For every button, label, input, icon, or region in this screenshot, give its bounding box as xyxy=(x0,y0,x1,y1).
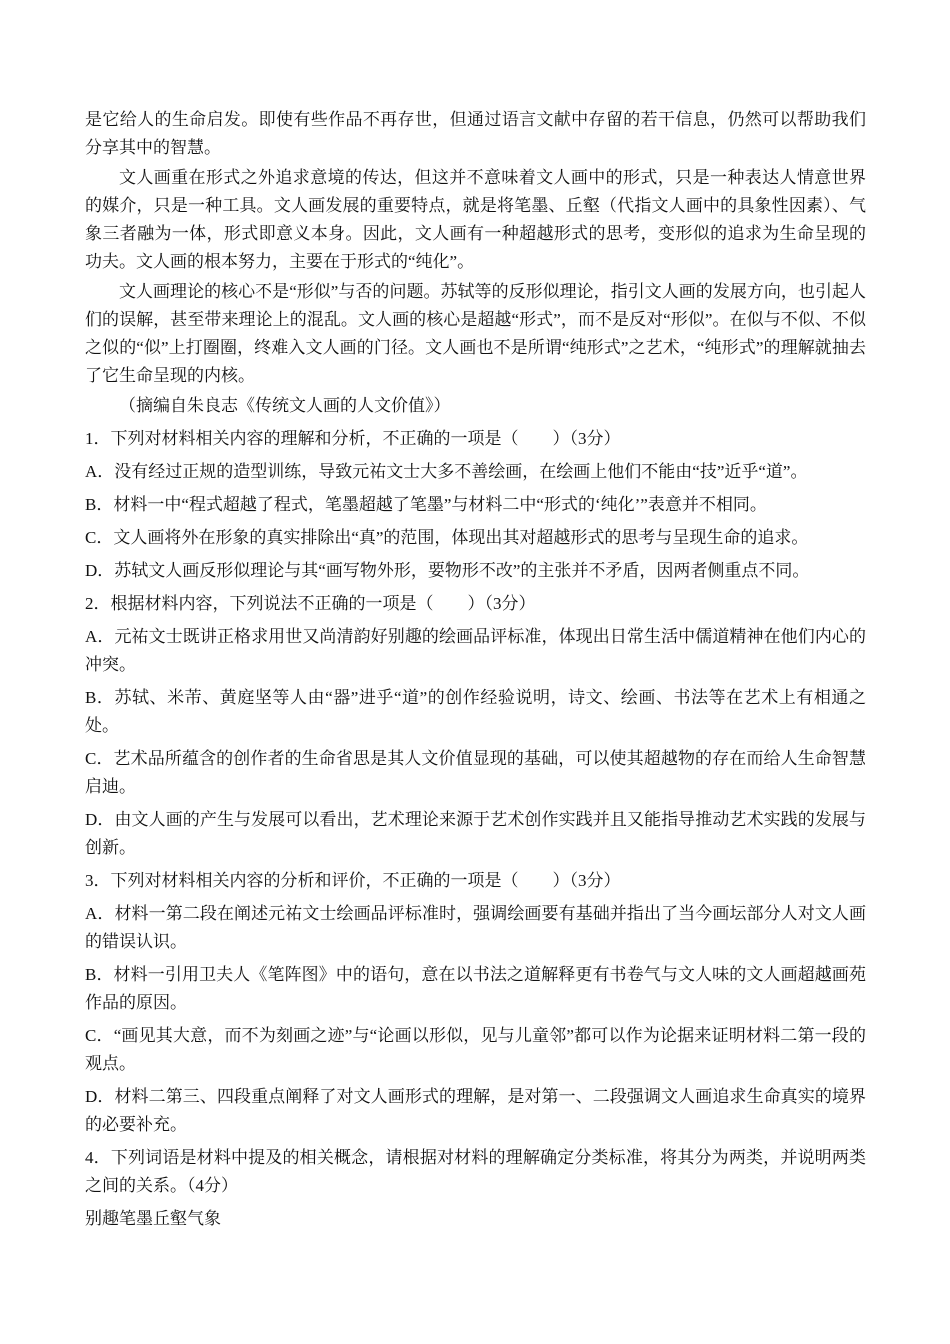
question-1: 1．下列对材料相关内容的理解和分析，不正确的一项是（ ）（3分） A．没有经过正… xyxy=(85,425,866,585)
question-2: 2．根据材料内容，下列说法不正确的一项是（ ）（3分） A．元祐文士既讲正格求用… xyxy=(85,590,866,862)
question-3: 3．下列对材料相关内容的分析和评价，不正确的一项是（ ）（3分） A．材料一第二… xyxy=(85,867,866,1139)
material-paragraph: 文人画重在形式之外追求意境的传达，但这并不意味着文人画中的形式，只是一种表达人情… xyxy=(85,164,866,276)
question-1-option-c: C．文人画将外在形象的真实排除出“真”的范围，体现出其对超越形式的思考与呈现生命… xyxy=(85,524,866,552)
question-1-option-b: B．材料一中“程式超越了程式，笔墨超越了笔墨”与材料二中“形式的‘纯化’”表意并… xyxy=(85,491,866,519)
question-3-option-a: A．材料一第二段在阐述元祐文士绘画品评标准时，强调绘画要有基础并指出了当今画坛部… xyxy=(85,900,866,956)
question-2-option-c: C．艺术品所蕴含的创作者的生命省思是其人文价值显现的基础，可以使其超越物的存在而… xyxy=(85,745,866,801)
question-4-terms: 别趣笔墨丘壑气象 xyxy=(85,1205,866,1233)
question-3-option-b: B．材料一引用卫夫人《笔阵图》中的语句，意在以书法之道解释更有书卷气与文人味的文… xyxy=(85,961,866,1017)
question-4-stem: 4．下列词语是材料中提及的相关概念，请根据对材料的理解确定分类标准，将其分为两类… xyxy=(85,1144,866,1200)
question-3-option-d: D．材料二第三、四段重点阐释了对文人画形式的理解，是对第一、二段强调文人画追求生… xyxy=(85,1083,866,1139)
question-4: 4．下列词语是材料中提及的相关概念，请根据对材料的理解确定分类标准，将其分为两类… xyxy=(85,1144,866,1233)
material-section: 是它给人的生命启发。即使有些作品不再存世，但通过语言文献中存留的若干信息，仍然可… xyxy=(85,106,866,420)
question-2-option-b: B．苏轼、米芾、黄庭坚等人由“器”进乎“道”的创作经验说明，诗文、绘画、书法等在… xyxy=(85,684,866,740)
question-2-stem: 2．根据材料内容，下列说法不正确的一项是（ ）（3分） xyxy=(85,590,866,618)
question-3-stem: 3．下列对材料相关内容的分析和评价，不正确的一项是（ ）（3分） xyxy=(85,867,866,895)
question-3-option-c: C．“画见其大意，而不为刻画之迹”与“论画以形似，见与儿童邻”都可以作为论据来证… xyxy=(85,1022,866,1078)
material-paragraph: 是它给人的生命启发。即使有些作品不再存世，但通过语言文献中存留的若干信息，仍然可… xyxy=(85,106,866,162)
question-2-option-a: A．元祐文士既讲正格求用世又尚清韵好别趣的绘画品评标准，体现出日常生活中儒道精神… xyxy=(85,623,866,679)
question-1-option-d: D．苏轼文人画反形似理论与其“画写物外形，要物形不改”的主张并不矛盾，因两者侧重… xyxy=(85,557,866,585)
source-attribution: （摘编自朱良志《传统文人画的人文价值》） xyxy=(85,392,866,420)
question-1-stem: 1．下列对材料相关内容的理解和分析，不正确的一项是（ ）（3分） xyxy=(85,425,866,453)
material-paragraph: 文人画理论的核心不是“形似”与否的问题。苏轼等的反形似理论，指引文人画的发展方向… xyxy=(85,278,866,390)
question-1-option-a: A．没有经过正规的造型训练，导致元祐文士大多不善绘画，在绘画上他们不能由“技”近… xyxy=(85,458,866,486)
question-2-option-d: D．由文人画的产生与发展可以看出，艺术理论来源于艺术创作实践并且又能指导推动艺术… xyxy=(85,806,866,862)
exam-page: 是它给人的生命启发。即使有些作品不再存世，但通过语言文献中存留的若干信息，仍然可… xyxy=(0,0,950,1344)
